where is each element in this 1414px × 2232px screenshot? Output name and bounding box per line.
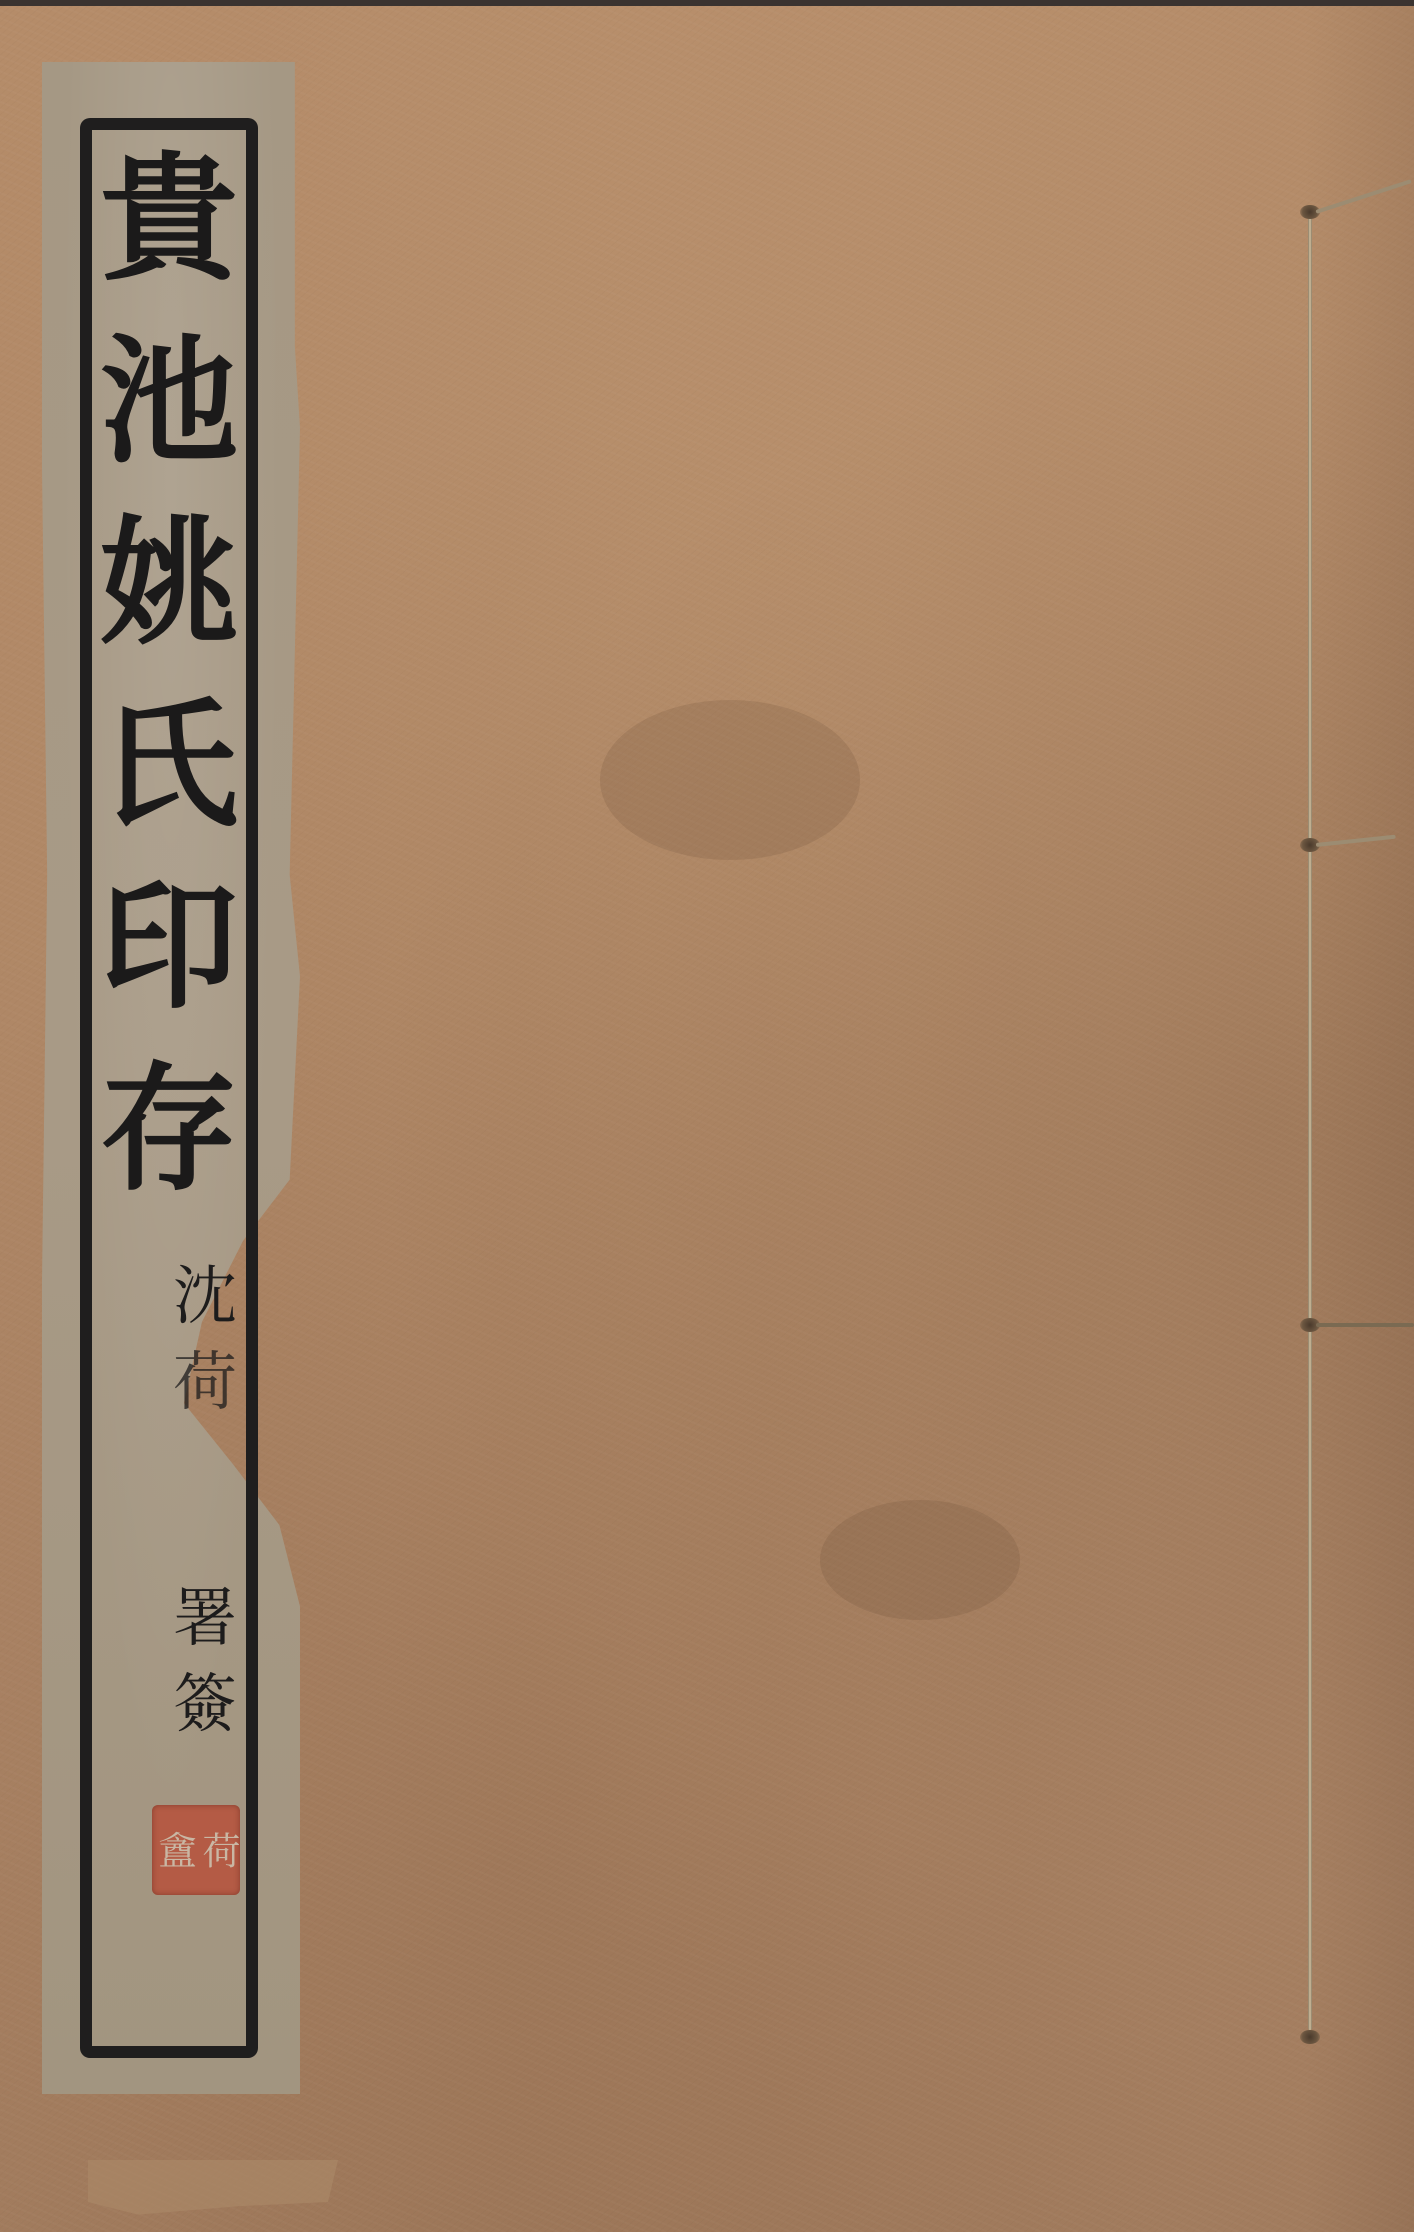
author-char: 沈 bbox=[173, 1265, 237, 1329]
author-inscription: 沈 荷 署 簽 bbox=[165, 1265, 245, 1759]
binding-knot bbox=[1300, 2030, 1320, 2044]
title-char: 印 bbox=[100, 878, 238, 1016]
author-char: 署 bbox=[173, 1587, 237, 1651]
paper-stain bbox=[600, 700, 860, 860]
binding-thread bbox=[1308, 1330, 1312, 2030]
author-char: 荷 bbox=[173, 1351, 237, 1415]
book-title: 貴 池 姚 氏 印 存 bbox=[92, 150, 246, 1242]
title-char: 存 bbox=[100, 1060, 238, 1198]
title-char: 貴 bbox=[100, 150, 238, 288]
thread-tail bbox=[1316, 1323, 1414, 1327]
paper-stain bbox=[820, 1500, 1020, 1620]
title-char: 姚 bbox=[100, 514, 238, 652]
seal-char: 荷 bbox=[199, 1831, 237, 1869]
red-seal-stamp: 盦 荷 bbox=[152, 1805, 240, 1895]
seal-char: 盦 bbox=[155, 1831, 193, 1869]
author-char: 簽 bbox=[173, 1673, 237, 1737]
spine-shadow bbox=[1304, 6, 1414, 2232]
title-char: 池 bbox=[100, 332, 238, 470]
title-char: 氏 bbox=[100, 696, 238, 834]
binding-thread bbox=[1308, 215, 1312, 845]
binding-thread bbox=[1308, 850, 1312, 1325]
